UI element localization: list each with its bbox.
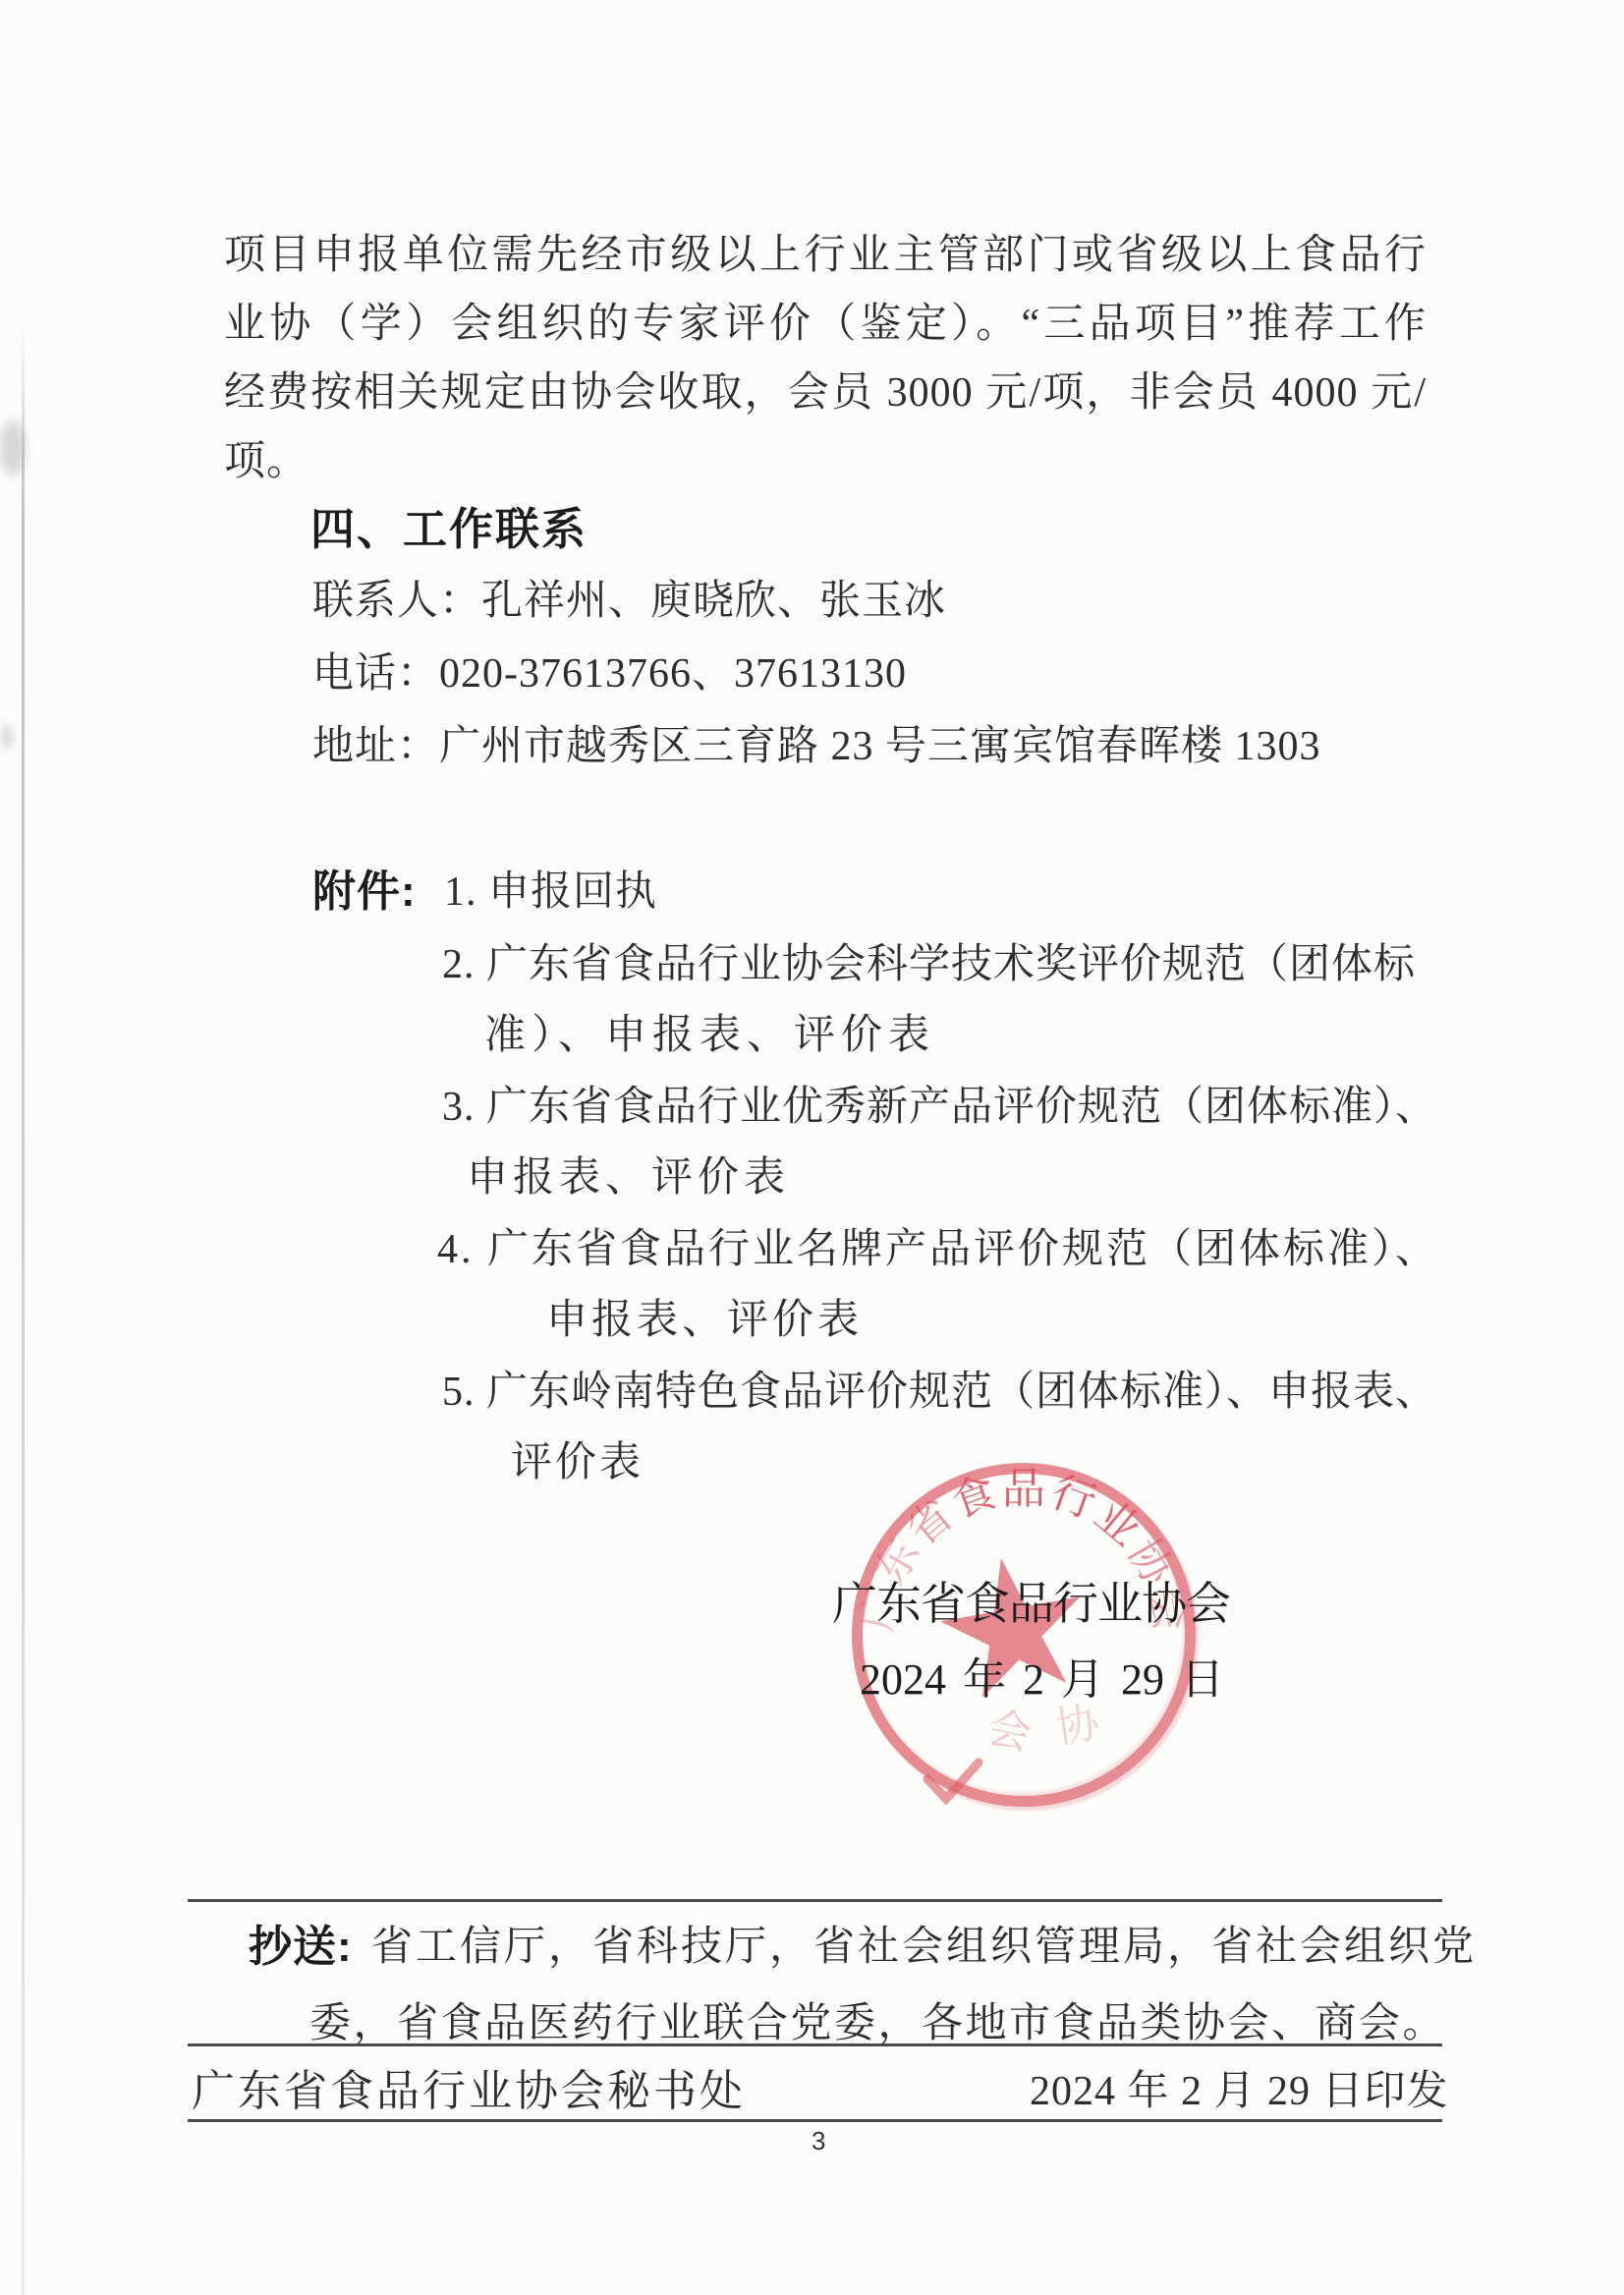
seal-check-smudge (923, 1758, 983, 1805)
attachment-line: 申报表、评价表 (546, 1297, 863, 1346)
cc-label: 抄送: (249, 1922, 353, 1973)
seal-char: 品 (1002, 1468, 1045, 1511)
seal-smudge-char: 会 (983, 1707, 1035, 1758)
footer-divider-bottom (188, 2119, 1442, 2122)
section-heading: 四、工作联系 (310, 503, 588, 555)
paragraph-line: 项目申报单位需先经市级以上行业主管部门或省级以上食品行 (224, 232, 1427, 281)
attachment-line: 3. 广东省食品行业优秀新产品评价规范（团体标准）、 (442, 1084, 1437, 1133)
paragraph-line: 业协（学）会组织的专家评价（鉴定）。“三品项目”推荐工作 (224, 301, 1427, 350)
seal-smudge-char: 协 (1053, 1702, 1102, 1751)
attachment-line: 5. 广东岭南特色食品评价规范（团体标准）、申报表、 (442, 1369, 1437, 1418)
print-date: 2024 年 2 月 29 日印发 (1030, 2068, 1449, 2117)
attachment-line: 评价表 (511, 1439, 644, 1488)
paragraph-line: 项。 (224, 438, 308, 487)
attachments-label: 附件: (312, 867, 417, 918)
cc-line: 委，省食品医药行业联合党委，各地市食品类协会、商会。 (309, 2000, 1446, 2049)
attachment-line: 4. 广东省食品行业名牌产品评价规范（团体标准）、 (437, 1226, 1439, 1275)
official-seal: 广 东 省 食 品 行 业 协 会 会 协 (852, 1463, 1196, 1807)
footer-divider-middle (188, 2043, 1442, 2046)
footer-divider-top (188, 1899, 1442, 1902)
issuer-name: 广东省食品行业协会秘书处 (192, 2066, 746, 2117)
paragraph-line: 经费按相关规定由协会收取，会员 3000 元/项，非会员 4000 元/ (224, 369, 1427, 419)
contact-person-line: 联系人：孔祥州、庾晓欣、张玉冰 (312, 578, 946, 627)
scan-smudge (0, 725, 14, 749)
scan-edge-artifact (22, 324, 25, 2295)
signature-date: 2024 年 2 月 29 日 (860, 1654, 1224, 1706)
attachment-line: 2. 广东省食品行业协会科学技术奖评价规范（团体标 (442, 941, 1416, 990)
contact-address-line: 地址：广州市越秀区三育路 23 号三寓宾馆春晖楼 1303 (312, 723, 1321, 772)
contact-phone-line: 电话：020-37613766、37613130 (312, 650, 907, 700)
cc-line: 省工信厅，省科技厅，省社会组织管理局，省社会组织党 (371, 1924, 1477, 1973)
page-number: 3 (812, 2126, 826, 2156)
scan-smudge (0, 420, 26, 476)
document-page: 项目申报单位需先经市级以上行业主管部门或省级以上食品行 业协（学）会组织的专家评… (0, 0, 1624, 2295)
attachment-line: 准）、申报表、评价表 (484, 1012, 935, 1061)
attachment-line: 1. 申报回执 (444, 868, 657, 918)
attachment-line: 申报表、评价表 (467, 1154, 790, 1203)
signature-organization: 广东省食品行业协会 (832, 1578, 1230, 1631)
